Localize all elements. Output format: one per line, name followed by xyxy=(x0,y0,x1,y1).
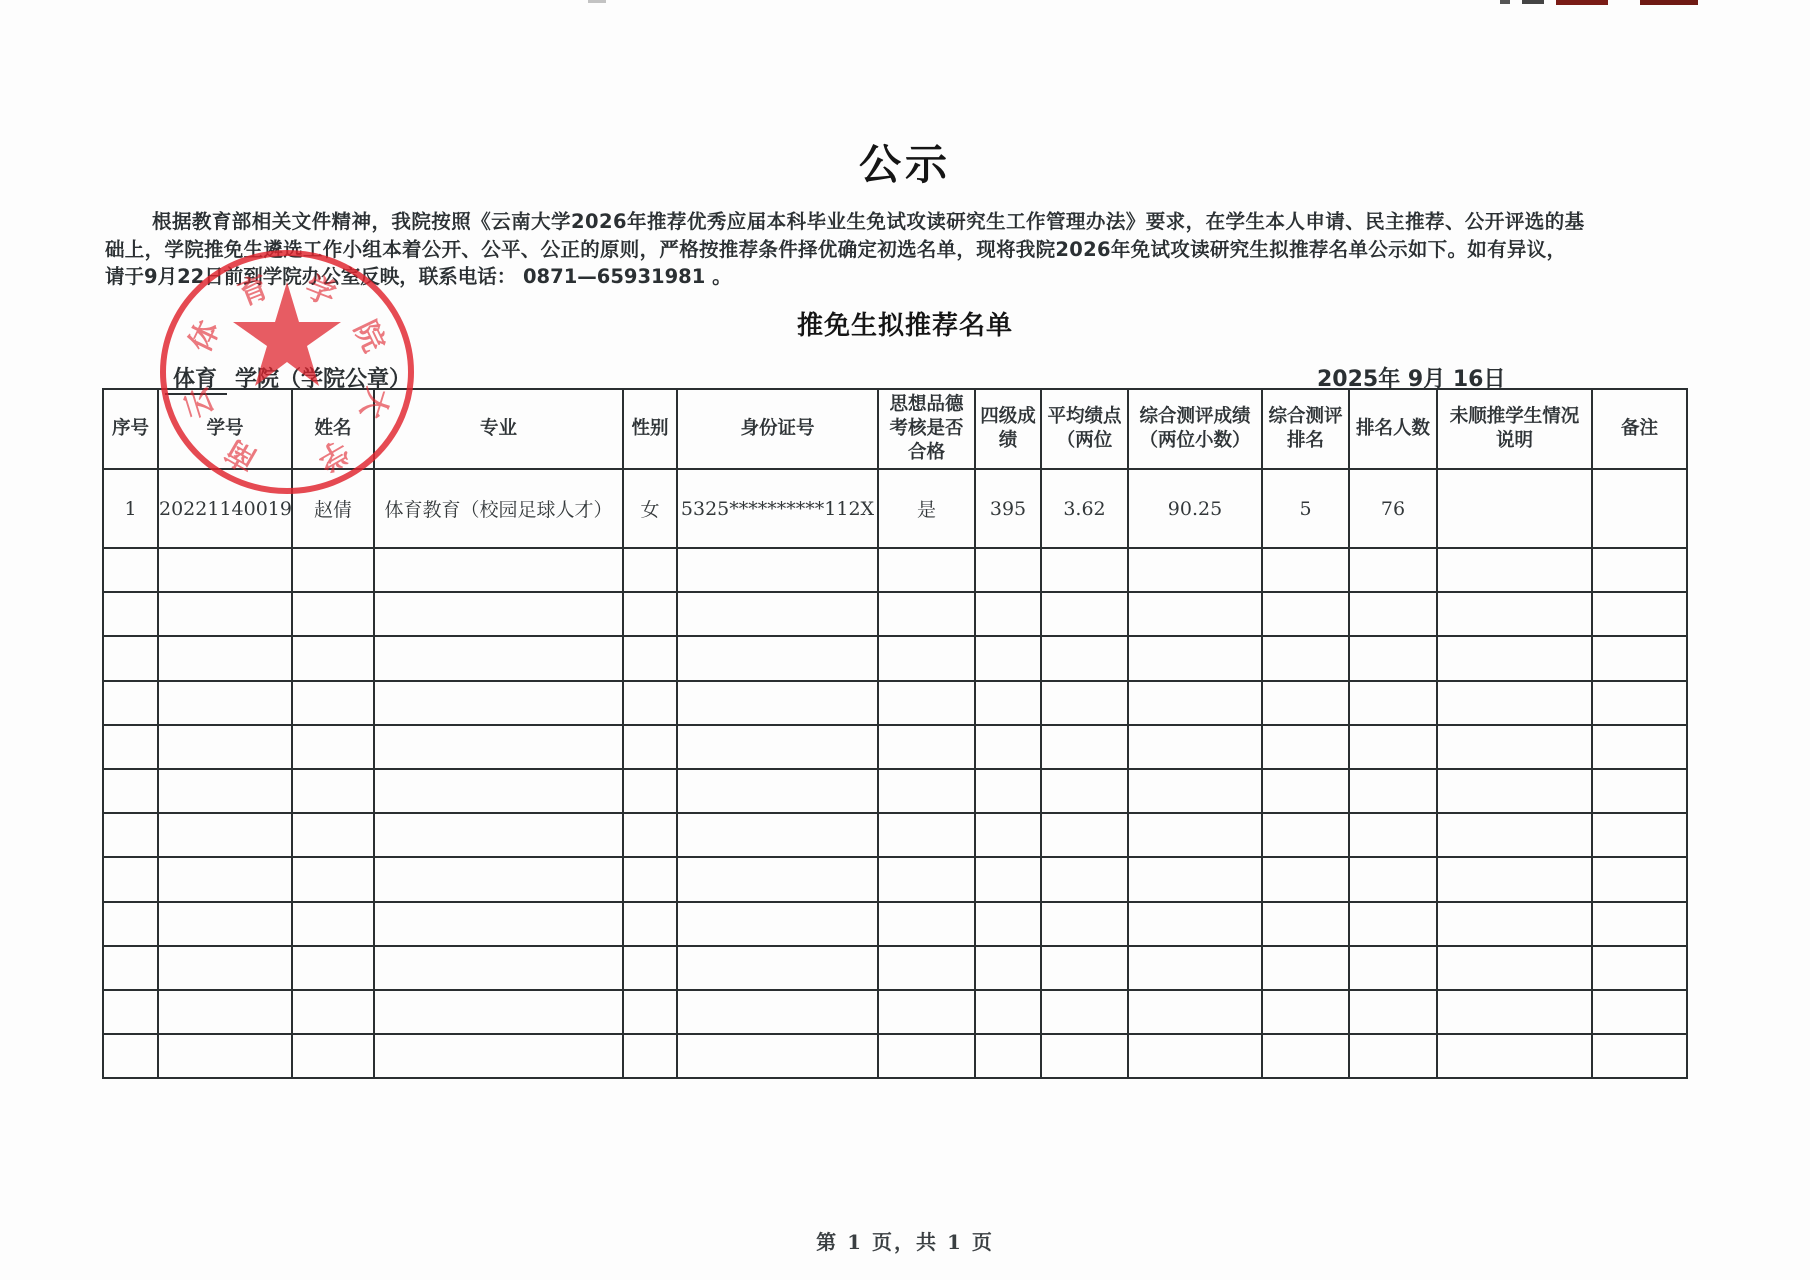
table-cell xyxy=(1349,769,1437,813)
table-cell xyxy=(292,592,374,636)
table-cell xyxy=(975,990,1041,1034)
table-cell xyxy=(1041,813,1128,857)
table-cell xyxy=(1592,469,1687,548)
table-cell xyxy=(975,592,1041,636)
table-row-empty xyxy=(103,548,1687,592)
table-cell xyxy=(1437,769,1592,813)
table-cell xyxy=(1437,725,1592,769)
table-header-row: 序号学号姓名专业性别身份证号思想品德考核是否合格四级成绩平均绩点（两位综合测评成… xyxy=(103,389,1687,469)
table-cell xyxy=(158,1034,292,1078)
table-cell xyxy=(975,725,1041,769)
table-cell xyxy=(1592,946,1687,990)
table-row: 120221140019赵倩体育教育（校园足球人才）女5325*********… xyxy=(103,469,1687,548)
column-header: 综合测评排名 xyxy=(1262,389,1349,469)
column-header: 平均绩点（两位 xyxy=(1041,389,1128,469)
notice-line-3: 请于9月22日前到学院办公室反映，联系电话： 0871—65931981 。 xyxy=(105,263,1705,291)
table-row-empty xyxy=(103,946,1687,990)
table-cell xyxy=(374,813,623,857)
column-header-label: 身份证号 xyxy=(678,417,877,441)
table-cell xyxy=(677,548,878,592)
table-cell xyxy=(975,769,1041,813)
column-header-label: 四级成绩 xyxy=(976,405,1040,453)
table-cell xyxy=(374,548,623,592)
table-cell xyxy=(1592,1034,1687,1078)
table-cell xyxy=(103,548,158,592)
table-cell xyxy=(623,725,677,769)
table-cell xyxy=(677,592,878,636)
table-cell xyxy=(374,769,623,813)
table-cell xyxy=(1592,636,1687,680)
table-cell: 女 xyxy=(623,469,677,548)
table-cell xyxy=(878,725,975,769)
table-cell xyxy=(1592,990,1687,1034)
table-cell xyxy=(623,769,677,813)
table-cell xyxy=(103,769,158,813)
table-cell xyxy=(103,592,158,636)
table-cell: 20221140019 xyxy=(158,469,292,548)
table-cell xyxy=(677,990,878,1034)
page-title: 公示 xyxy=(0,132,1810,192)
table-cell xyxy=(623,813,677,857)
table-cell xyxy=(158,548,292,592)
table-cell xyxy=(1349,592,1437,636)
table-cell xyxy=(975,813,1041,857)
table-cell xyxy=(677,636,878,680)
table-cell xyxy=(1128,902,1262,946)
table-cell xyxy=(103,681,158,725)
table-cell xyxy=(1262,857,1349,901)
table-cell xyxy=(374,857,623,901)
table-cell xyxy=(158,990,292,1034)
table-row-empty xyxy=(103,902,1687,946)
table-cell xyxy=(1041,681,1128,725)
table-cell xyxy=(677,902,878,946)
table-cell: 90.25 xyxy=(1128,469,1262,548)
table-cell xyxy=(1437,902,1592,946)
column-header: 学号 xyxy=(158,389,292,469)
table-cell xyxy=(1349,990,1437,1034)
table-cell xyxy=(1592,902,1687,946)
table-cell xyxy=(878,990,975,1034)
table-cell xyxy=(878,902,975,946)
table-cell xyxy=(623,548,677,592)
table-cell xyxy=(1041,1034,1128,1078)
table-cell xyxy=(623,1034,677,1078)
table-row-empty xyxy=(103,990,1687,1034)
table-cell xyxy=(1262,1034,1349,1078)
table-cell xyxy=(1128,857,1262,901)
table-cell xyxy=(1349,902,1437,946)
table-cell: 赵倩 xyxy=(292,469,374,548)
table-cell xyxy=(1262,548,1349,592)
table-cell xyxy=(677,769,878,813)
table-row-empty xyxy=(103,636,1687,680)
page-footer: 第 1 页，共 1 页 xyxy=(0,1226,1810,1255)
table-cell: 3.62 xyxy=(1041,469,1128,548)
column-header-label: 备注 xyxy=(1593,417,1686,441)
table-cell: 是 xyxy=(878,469,975,548)
table-cell xyxy=(1262,946,1349,990)
table-cell xyxy=(1592,725,1687,769)
table-cell xyxy=(103,725,158,769)
table-cell xyxy=(1592,592,1687,636)
table-cell xyxy=(374,681,623,725)
table-cell xyxy=(623,902,677,946)
table-cell xyxy=(975,548,1041,592)
table-cell xyxy=(1041,902,1128,946)
table-cell xyxy=(878,1034,975,1078)
column-header-label: 性别 xyxy=(624,417,676,441)
table-cell xyxy=(292,1034,374,1078)
table-cell xyxy=(878,681,975,725)
table-cell xyxy=(623,990,677,1034)
table-cell xyxy=(677,1034,878,1078)
table-cell xyxy=(878,813,975,857)
table-row-empty xyxy=(103,813,1687,857)
column-header: 专业 xyxy=(374,389,623,469)
column-header-label: 学号 xyxy=(159,417,291,441)
table-cell xyxy=(158,946,292,990)
table-cell: 76 xyxy=(1349,469,1437,548)
column-header: 排名人数 xyxy=(1349,389,1437,469)
table-cell xyxy=(1349,548,1437,592)
table-cell xyxy=(1437,813,1592,857)
table-cell xyxy=(878,548,975,592)
table-cell xyxy=(103,857,158,901)
table-row-empty xyxy=(103,857,1687,901)
column-header: 姓名 xyxy=(292,389,374,469)
table-cell xyxy=(158,636,292,680)
table-cell xyxy=(1128,990,1262,1034)
table-cell xyxy=(292,946,374,990)
column-header-label: 序号 xyxy=(104,417,157,441)
table-cell xyxy=(374,946,623,990)
table-cell xyxy=(158,681,292,725)
table-cell xyxy=(103,636,158,680)
table-cell xyxy=(103,946,158,990)
table-cell xyxy=(623,681,677,725)
column-header-label: 平均绩点（两位 xyxy=(1042,405,1127,453)
table-cell xyxy=(677,813,878,857)
table-cell xyxy=(1437,636,1592,680)
table-cell xyxy=(1349,725,1437,769)
table-cell xyxy=(1437,1034,1592,1078)
table-cell xyxy=(1128,813,1262,857)
table-cell xyxy=(1349,681,1437,725)
table-cell xyxy=(878,946,975,990)
table-cell xyxy=(1592,769,1687,813)
table-cell xyxy=(1128,681,1262,725)
table-cell xyxy=(1437,990,1592,1034)
table-cell xyxy=(1349,857,1437,901)
column-header: 未顺推学生情况说明 xyxy=(1437,389,1592,469)
table-cell xyxy=(677,857,878,901)
table-cell xyxy=(1262,725,1349,769)
notice-line-1: 根据教育部相关文件精神，我院按照《云南大学2026年推荐优秀应届本科毕业生免试攻… xyxy=(105,208,1705,236)
table-cell xyxy=(103,1034,158,1078)
table-cell xyxy=(292,636,374,680)
table-cell xyxy=(1262,902,1349,946)
table-cell xyxy=(1128,725,1262,769)
list-title: 推免生拟推荐名单 xyxy=(0,305,1810,342)
notice-body: 根据教育部相关文件精神，我院按照《云南大学2026年推荐优秀应届本科毕业生免试攻… xyxy=(105,208,1705,291)
table-cell xyxy=(878,857,975,901)
column-header-label: 姓名 xyxy=(293,417,373,441)
table-row-empty xyxy=(103,1034,1687,1078)
table-cell xyxy=(1262,990,1349,1034)
table-cell xyxy=(158,813,292,857)
column-header: 备注 xyxy=(1592,389,1687,469)
table-cell xyxy=(975,902,1041,946)
table-cell xyxy=(878,592,975,636)
table-cell xyxy=(1262,813,1349,857)
table-cell xyxy=(158,592,292,636)
column-header-label: 综合测评成绩（两位小数） xyxy=(1129,405,1261,453)
table-cell xyxy=(975,946,1041,990)
table-cell xyxy=(158,769,292,813)
column-header-label: 思想品德考核是否合格 xyxy=(879,393,974,465)
table-cell xyxy=(1041,592,1128,636)
table-cell xyxy=(623,946,677,990)
table-cell xyxy=(158,857,292,901)
table-cell xyxy=(1349,813,1437,857)
table-cell: 395 xyxy=(975,469,1041,548)
table-cell xyxy=(1349,636,1437,680)
column-header-label: 排名人数 xyxy=(1350,417,1436,441)
table-cell xyxy=(374,636,623,680)
table-cell xyxy=(158,902,292,946)
table-cell xyxy=(292,990,374,1034)
table-cell xyxy=(292,548,374,592)
table-cell xyxy=(103,813,158,857)
table-row-empty xyxy=(103,592,1687,636)
column-header: 序号 xyxy=(103,389,158,469)
table-cell xyxy=(1437,592,1592,636)
table-cell xyxy=(1041,548,1128,592)
table-cell xyxy=(623,592,677,636)
table-cell xyxy=(975,681,1041,725)
table-cell xyxy=(292,857,374,901)
table-cell xyxy=(975,857,1041,901)
table-row-empty xyxy=(103,681,1687,725)
table-cell xyxy=(1437,857,1592,901)
table-cell xyxy=(1592,548,1687,592)
table-cell xyxy=(975,636,1041,680)
table-cell xyxy=(292,902,374,946)
table-cell xyxy=(623,636,677,680)
recommendation-table: 序号学号姓名专业性别身份证号思想品德考核是否合格四级成绩平均绩点（两位综合测评成… xyxy=(102,388,1688,1079)
table-cell xyxy=(1041,636,1128,680)
table-cell xyxy=(1437,681,1592,725)
table-cell xyxy=(1041,769,1128,813)
table-cell xyxy=(1262,636,1349,680)
table-cell xyxy=(1349,946,1437,990)
table-cell xyxy=(1592,681,1687,725)
table-cell xyxy=(1437,469,1592,548)
notice-line-2: 础上，学院推免生遴选工作小组本着公开、公平、公正的原则，严格按推荐条件择优确定初… xyxy=(105,236,1705,264)
column-header: 性别 xyxy=(623,389,677,469)
table-cell xyxy=(1592,857,1687,901)
table-cell xyxy=(1437,946,1592,990)
table-cell xyxy=(374,902,623,946)
table-cell xyxy=(1592,813,1687,857)
column-header: 思想品德考核是否合格 xyxy=(878,389,975,469)
table-cell xyxy=(1262,592,1349,636)
table-cell xyxy=(1349,1034,1437,1078)
table-cell xyxy=(374,592,623,636)
table-cell xyxy=(292,769,374,813)
table-cell xyxy=(623,857,677,901)
table-cell xyxy=(878,636,975,680)
table-cell xyxy=(292,681,374,725)
table-cell xyxy=(1128,636,1262,680)
table-cell xyxy=(292,725,374,769)
table-row-empty xyxy=(103,769,1687,813)
table-cell xyxy=(1437,548,1592,592)
table-row-empty xyxy=(103,725,1687,769)
table-cell xyxy=(103,990,158,1034)
table-cell xyxy=(1128,769,1262,813)
table-cell: 5 xyxy=(1262,469,1349,548)
table-cell xyxy=(1262,769,1349,813)
table-cell xyxy=(374,1034,623,1078)
table-cell xyxy=(878,769,975,813)
table-cell xyxy=(292,813,374,857)
table-cell xyxy=(103,902,158,946)
table-cell: 5325**********112X xyxy=(677,469,878,548)
table-cell xyxy=(374,990,623,1034)
column-header-label: 未顺推学生情况说明 xyxy=(1438,405,1591,453)
column-header: 四级成绩 xyxy=(975,389,1041,469)
table-cell xyxy=(677,725,878,769)
table-cell xyxy=(374,725,623,769)
table-cell xyxy=(677,681,878,725)
table-cell: 1 xyxy=(103,469,158,548)
column-header: 身份证号 xyxy=(677,389,878,469)
column-header-label: 综合测评排名 xyxy=(1263,405,1348,453)
table-cell xyxy=(1128,946,1262,990)
table-cell xyxy=(1041,857,1128,901)
table-cell xyxy=(158,725,292,769)
table-cell xyxy=(1041,725,1128,769)
table-cell xyxy=(1128,592,1262,636)
table-cell xyxy=(1128,548,1262,592)
table-cell xyxy=(1041,946,1128,990)
table-cell xyxy=(1262,681,1349,725)
table-cell xyxy=(1041,990,1128,1034)
column-header: 综合测评成绩（两位小数） xyxy=(1128,389,1262,469)
table-cell xyxy=(975,1034,1041,1078)
table-cell xyxy=(677,946,878,990)
column-header-label: 专业 xyxy=(375,417,622,441)
table-cell: 体育教育（校园足球人才） xyxy=(374,469,623,548)
table-cell xyxy=(1128,1034,1262,1078)
